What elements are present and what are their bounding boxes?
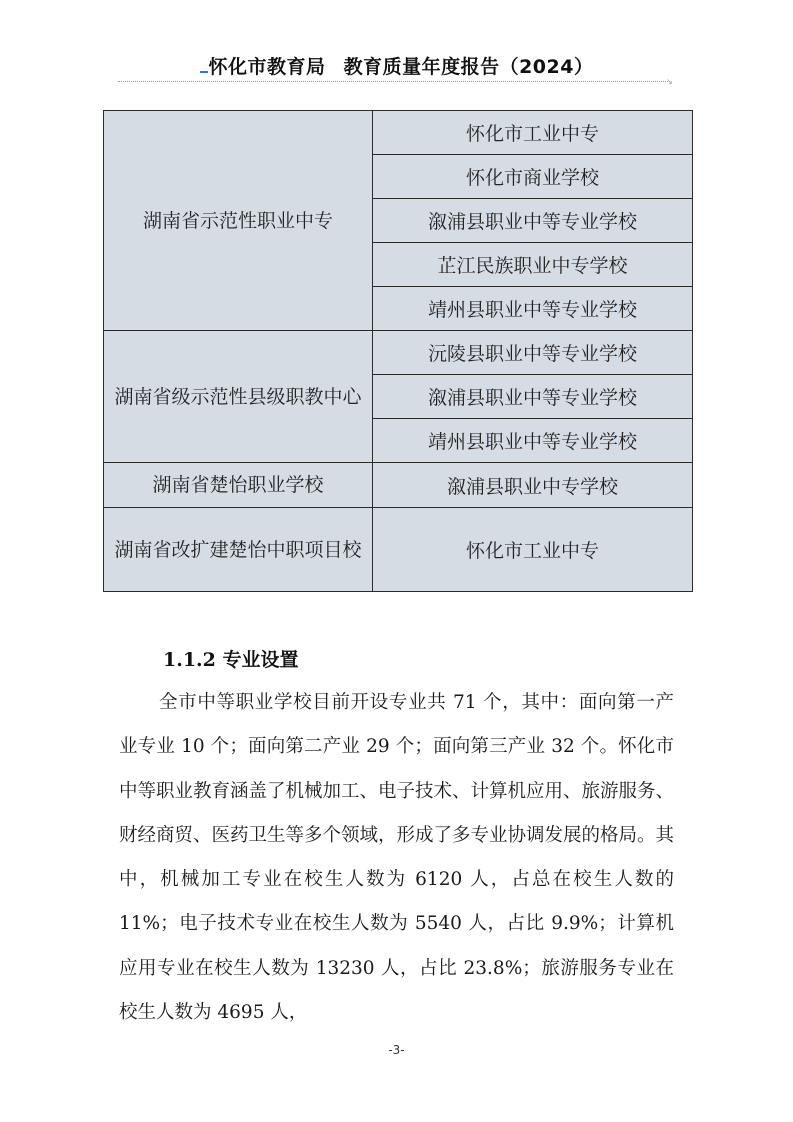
demonstration-schools-table: 湖南省示范性职业中专 怀化市工业中专 怀化市商业学校 溆浦县职业中等专业学校 芷… (103, 110, 693, 592)
table-row: 湖南省级示范性县级职教中心 沅陵县职业中等专业学校 (104, 331, 693, 375)
school-cell: 怀化市商业学校 (373, 155, 693, 199)
header-mark (200, 71, 208, 73)
table-row: 湖南省楚怡职业学校 溆浦县职业中专学校 (104, 463, 693, 508)
page-number: -3- (0, 1043, 793, 1057)
table-row: 湖南省改扩建楚怡中职项目校 怀化市工业中专 (104, 508, 693, 592)
table-row: 湖南省示范性职业中专 怀化市工业中专 (104, 111, 693, 155)
category-cell: 湖南省改扩建楚怡中职项目校 (104, 508, 373, 592)
school-cell: 溆浦县职业中等专业学校 (373, 375, 693, 419)
category-cell: 湖南省示范性职业中专 (104, 111, 373, 331)
page-header: 怀化市教育局教育质量年度报告（2024） (0, 52, 793, 79)
school-cell: 沅陵县职业中等专业学校 (373, 331, 693, 375)
category-cell: 湖南省楚怡职业学校 (104, 463, 373, 508)
school-cell: 靖州县职业中等专业学校 (373, 287, 693, 331)
category-cell: 湖南省级示范性县级职教中心 (104, 331, 373, 463)
header-title: 教育质量年度报告（2024） (344, 56, 594, 78)
school-cell: 芷江民族职业中专学校 (373, 243, 693, 287)
school-cell: 溆浦县职业中等专业学校 (373, 199, 693, 243)
header-divider-end: ↘ (666, 77, 673, 86)
header-org: 怀化市教育局 (209, 56, 326, 78)
header-divider (118, 81, 670, 82)
section-heading: 1.1.2 专业设置 (163, 645, 299, 672)
school-cell: 靖州县职业中等专业学校 (373, 419, 693, 463)
school-cell: 怀化市工业中专 (373, 508, 693, 592)
school-cell: 怀化市工业中专 (373, 111, 693, 155)
body-paragraph: 全市中等职业学校目前开设专业共 71 个，其中：面向第一产业专业 10 个；面向… (119, 681, 674, 1035)
school-cell: 溆浦县职业中专学校 (373, 463, 693, 508)
